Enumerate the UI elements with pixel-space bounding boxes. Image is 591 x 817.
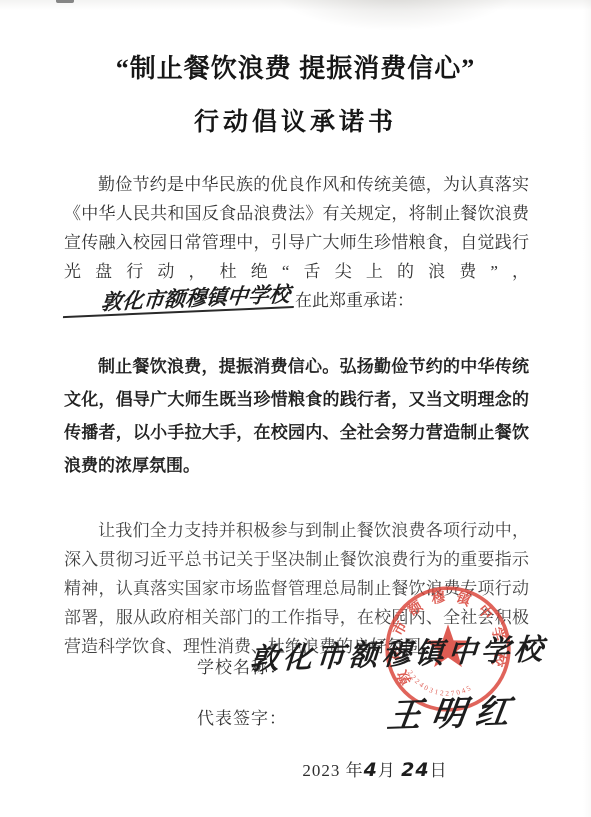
date-year: 2023 年 <box>302 761 363 780</box>
date-month-unit: 月 <box>378 761 396 780</box>
representative-signature-label: 代表签字： <box>197 704 287 729</box>
paragraph-intro-text: 勤俭节约是中华民族的优良作风和传统美德，为认真落实《中华人民共和国反食品浪费法》… <box>64 175 529 281</box>
scan-edge-mark <box>56 0 74 3</box>
scanned-pledge-document: { "page": { "title_line1": "“制止餐饮浪费 提振消费… <box>0 0 591 817</box>
date-day-handwritten: 24 <box>401 759 429 781</box>
paragraph-intro-tail: 在此郑重承诺： <box>295 291 414 310</box>
paragraph-pledge-bold: 制止餐饮浪费，提振消费信心。弘扬勤俭节约的中华传统文化，倡导广大师生既当珍惜粮食… <box>64 350 529 482</box>
document-date: 2023 年4月 24日 <box>155 756 591 781</box>
handwritten-school-name-inline: 敦化市额穆镇中学校 <box>63 283 296 318</box>
paragraph-intro: 勤俭节约是中华民族的优良作风和传统美德，为认真落实《中华人民共和国反食品浪费法》… <box>64 170 529 315</box>
handwritten-representative-signature: 王明红 <box>385 684 524 738</box>
document-title-line2: 行动倡议承诺书 <box>0 102 591 138</box>
date-month-handwritten: 4 <box>364 759 378 781</box>
document-title-line1: “制止餐饮浪费 提振消费信心” <box>0 48 591 85</box>
date-day-unit: 日 <box>430 761 448 780</box>
